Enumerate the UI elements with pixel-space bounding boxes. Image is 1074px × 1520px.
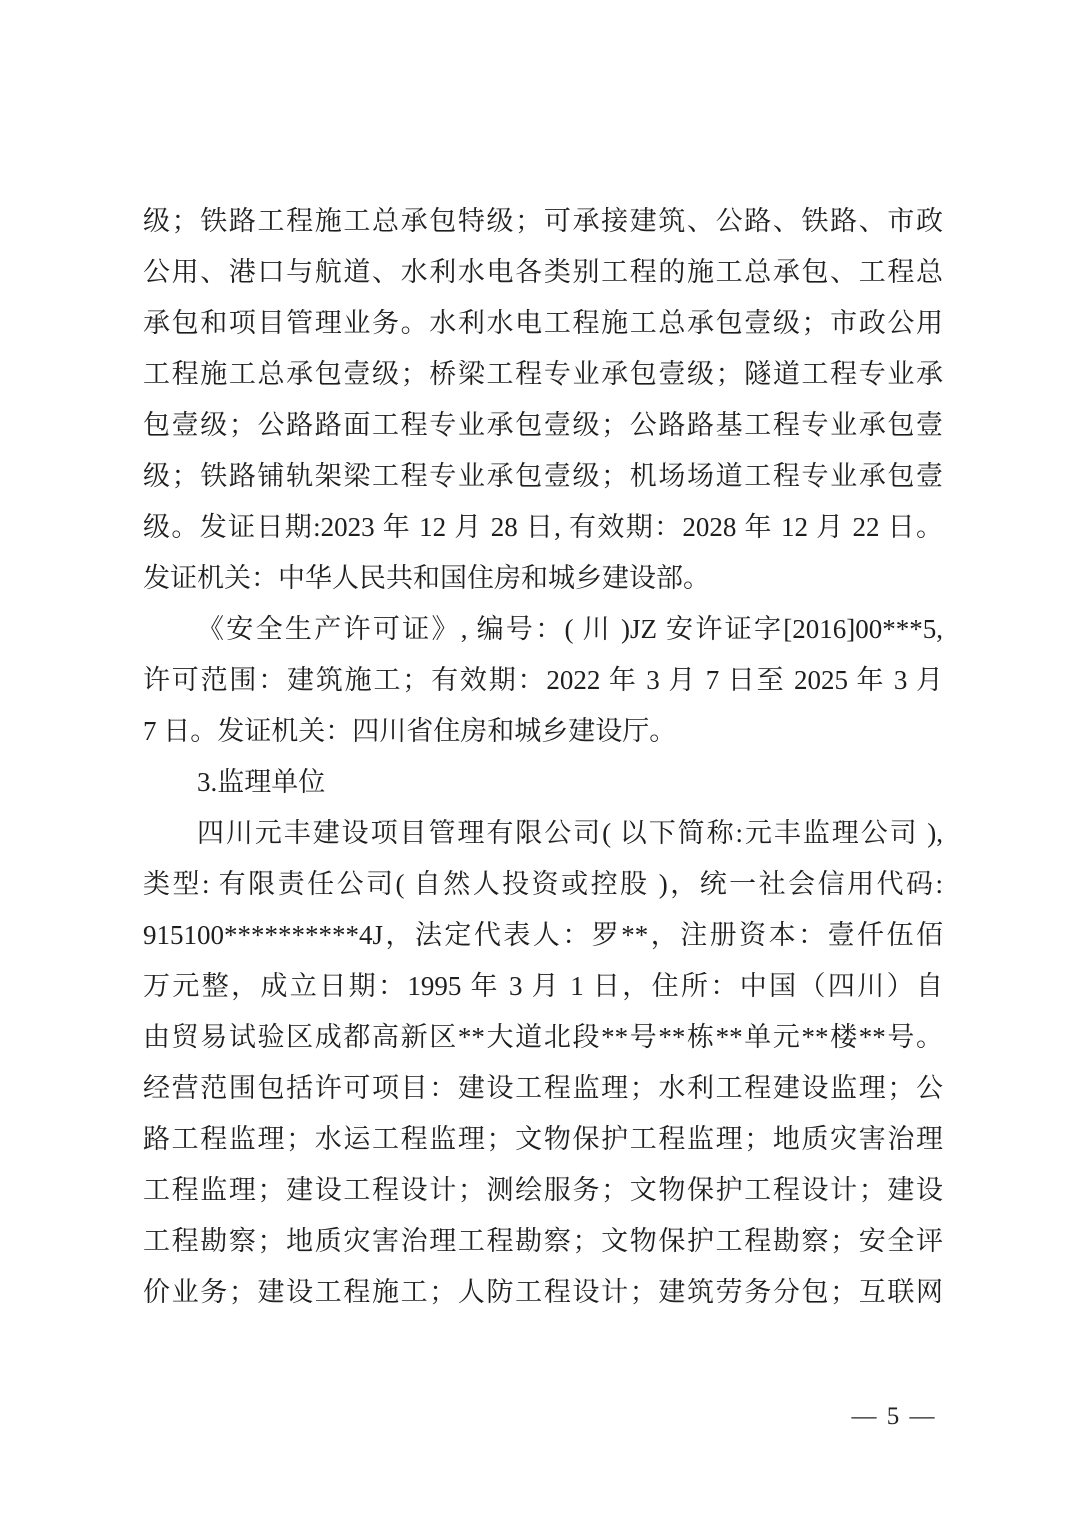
text-line: 工程监理；建设工程设计；测绘服务；文物保护工程设计；建设 — [143, 1165, 943, 1216]
text-line: 级。发证日期:2023 年 12 月 28 日, 有效期：2028 年 12 月… — [143, 502, 943, 553]
text-line: 级；铁路铺轨架梁工程专业承包壹级；机场场道工程专业承包壹 — [143, 451, 943, 502]
text-line: 价业务；建设工程施工；人防工程设计；建筑劳务分包；互联网 — [143, 1267, 943, 1318]
text-line: 《安全生产许可证》, 编号：( 川 )JZ 安许证字[2016]00***5, — [143, 604, 943, 655]
page-number: — 5 — — [838, 1400, 950, 1434]
document-text-block: 级；铁路工程施工总承包特级；可承接建筑、公路、铁路、市政 公用、港口与航道、水利… — [143, 196, 943, 1318]
text-line: 发证机关：中华人民共和国住房和城乡建设部。 — [143, 553, 943, 604]
text-line: 许可范围：建筑施工；有效期：2022 年 3 月 7 日至 2025 年 3 月 — [143, 655, 943, 706]
text-line: 工程施工总承包壹级；桥梁工程专业承包壹级；隧道工程专业承 — [143, 349, 943, 400]
section-heading: 3.监理单位 — [143, 757, 943, 808]
text-line: 万元整，成立日期：1995 年 3 月 1 日，住所：中国（四川）自 — [143, 961, 943, 1012]
text-line: 经营范围包括许可项目：建设工程监理；水利工程建设监理；公 — [143, 1063, 943, 1114]
text-line: 类型: 有限责任公司( 自然人投资或控股 )，统一社会信用代码: — [143, 859, 943, 910]
text-line: 7 日。发证机关：四川省住房和城乡建设厅。 — [143, 706, 943, 757]
text-line: 公用、港口与航道、水利水电各类别工程的施工总承包、工程总 — [143, 247, 943, 298]
document-page: 级；铁路工程施工总承包特级；可承接建筑、公路、铁路、市政 公用、港口与航道、水利… — [0, 0, 1074, 1520]
text-line: 承包和项目管理业务。水利水电工程施工总承包壹级；市政公用 — [143, 298, 943, 349]
text-line: 由贸易试验区成都高新区**大道北段**号**栋**单元**楼**号。 — [143, 1012, 943, 1063]
text-line: 包壹级；公路路面工程专业承包壹级；公路路基工程专业承包壹 — [143, 400, 943, 451]
text-line: 路工程监理；水运工程监理；文物保护工程监理；地质灾害治理 — [143, 1114, 943, 1165]
text-line: 工程勘察；地质灾害治理工程勘察；文物保护工程勘察；安全评 — [143, 1216, 943, 1267]
text-line: 四川元丰建设项目管理有限公司( 以下简称:元丰监理公司 ), — [143, 808, 943, 859]
text-line: 级；铁路工程施工总承包特级；可承接建筑、公路、铁路、市政 — [143, 196, 943, 247]
text-line: 915100**********4J，法定代表人：罗**，注册资本：壹仟伍佰 — [143, 910, 943, 961]
